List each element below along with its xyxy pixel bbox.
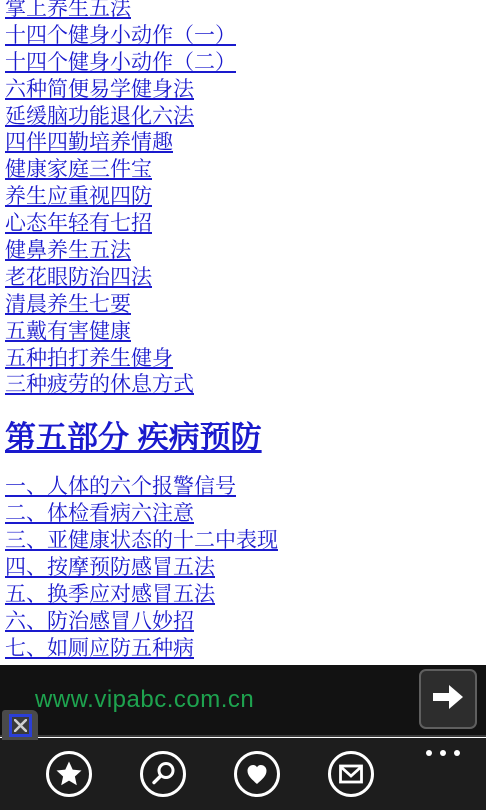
article-link[interactable]: 一、人体的六个报警信号	[5, 474, 486, 501]
search-icon	[138, 749, 188, 799]
article-link[interactable]: 五戴有害健康	[5, 319, 486, 346]
article-link[interactable]: 二、体检看病六注意	[5, 501, 486, 528]
search-button[interactable]	[138, 749, 188, 799]
webpage-content: 掌上养生五法十四个健身小动作（一）十四个健身小动作（二）六种简便易学健身法延缓脑…	[5, 0, 486, 689]
article-link[interactable]: 延缓脑功能退化六法	[5, 104, 486, 131]
star-icon	[44, 749, 94, 799]
browser-screen: 掌上养生五法十四个健身小动作（一）十四个健身小动作（二）六种简便易学健身法延缓脑…	[0, 0, 486, 810]
ad-url-text: www.vipabc.com.cn	[35, 686, 254, 714]
article-link-list-2: 一、人体的六个报警信号二、体检看病六注意三、亚健康状态的十二中表现四、按摩预防感…	[5, 474, 486, 662]
ellipsis-icon	[454, 750, 460, 756]
mail-button[interactable]	[326, 749, 376, 799]
ad-banner[interactable]: www.vipabc.com.cn	[0, 665, 486, 737]
article-link[interactable]: 十四个健身小动作（一）	[5, 23, 486, 50]
favorites-star-button[interactable]	[44, 749, 94, 799]
section-heading-link[interactable]: 第五部分 疾病预防	[5, 420, 262, 456]
article-link[interactable]: 四伴四勤培养情趣	[5, 130, 486, 157]
article-link[interactable]: 心态年轻有七招	[5, 211, 486, 238]
article-link[interactable]: 四、按摩预防感冒五法	[5, 555, 486, 582]
ellipsis-icon	[440, 750, 446, 756]
article-link[interactable]: 三、亚健康状态的十二中表现	[5, 528, 486, 555]
ad-forward-button[interactable]	[419, 669, 477, 729]
favorites-heart-button[interactable]	[232, 749, 282, 799]
article-link[interactable]: 五种拍打养生健身	[5, 346, 486, 373]
article-link[interactable]: 健鼻养生五法	[5, 238, 486, 265]
article-link[interactable]: 十四个健身小动作（二）	[5, 50, 486, 77]
ad-close-button[interactable]	[2, 710, 38, 740]
mail-icon	[326, 749, 376, 799]
article-link-list-1: 掌上养生五法十四个健身小动作（一）十四个健身小动作（二）六种简便易学健身法延缓脑…	[5, 0, 486, 399]
article-link[interactable]: 七、如厕应防五种病	[5, 636, 486, 663]
more-button[interactable]	[422, 746, 464, 760]
article-link[interactable]: 五、换季应对感冒五法	[5, 582, 486, 609]
ellipsis-icon	[426, 750, 432, 756]
app-bar	[0, 738, 486, 810]
heart-icon	[232, 749, 282, 799]
article-link[interactable]: 清晨养生七要	[5, 292, 486, 319]
article-link[interactable]: 三种疲劳的休息方式	[5, 372, 486, 399]
article-link[interactable]: 六种简便易学健身法	[5, 77, 486, 104]
article-link[interactable]: 掌上养生五法	[5, 0, 486, 23]
article-link[interactable]: 养生应重视四防	[5, 184, 486, 211]
arrow-right-icon	[430, 681, 466, 718]
close-x-icon	[9, 714, 32, 737]
article-link[interactable]: 健康家庭三件宝	[5, 157, 486, 184]
article-link[interactable]: 六、防治感冒八妙招	[5, 609, 486, 636]
app-bar-buttons	[0, 749, 420, 799]
article-link[interactable]: 老花眼防治四法	[5, 265, 486, 292]
